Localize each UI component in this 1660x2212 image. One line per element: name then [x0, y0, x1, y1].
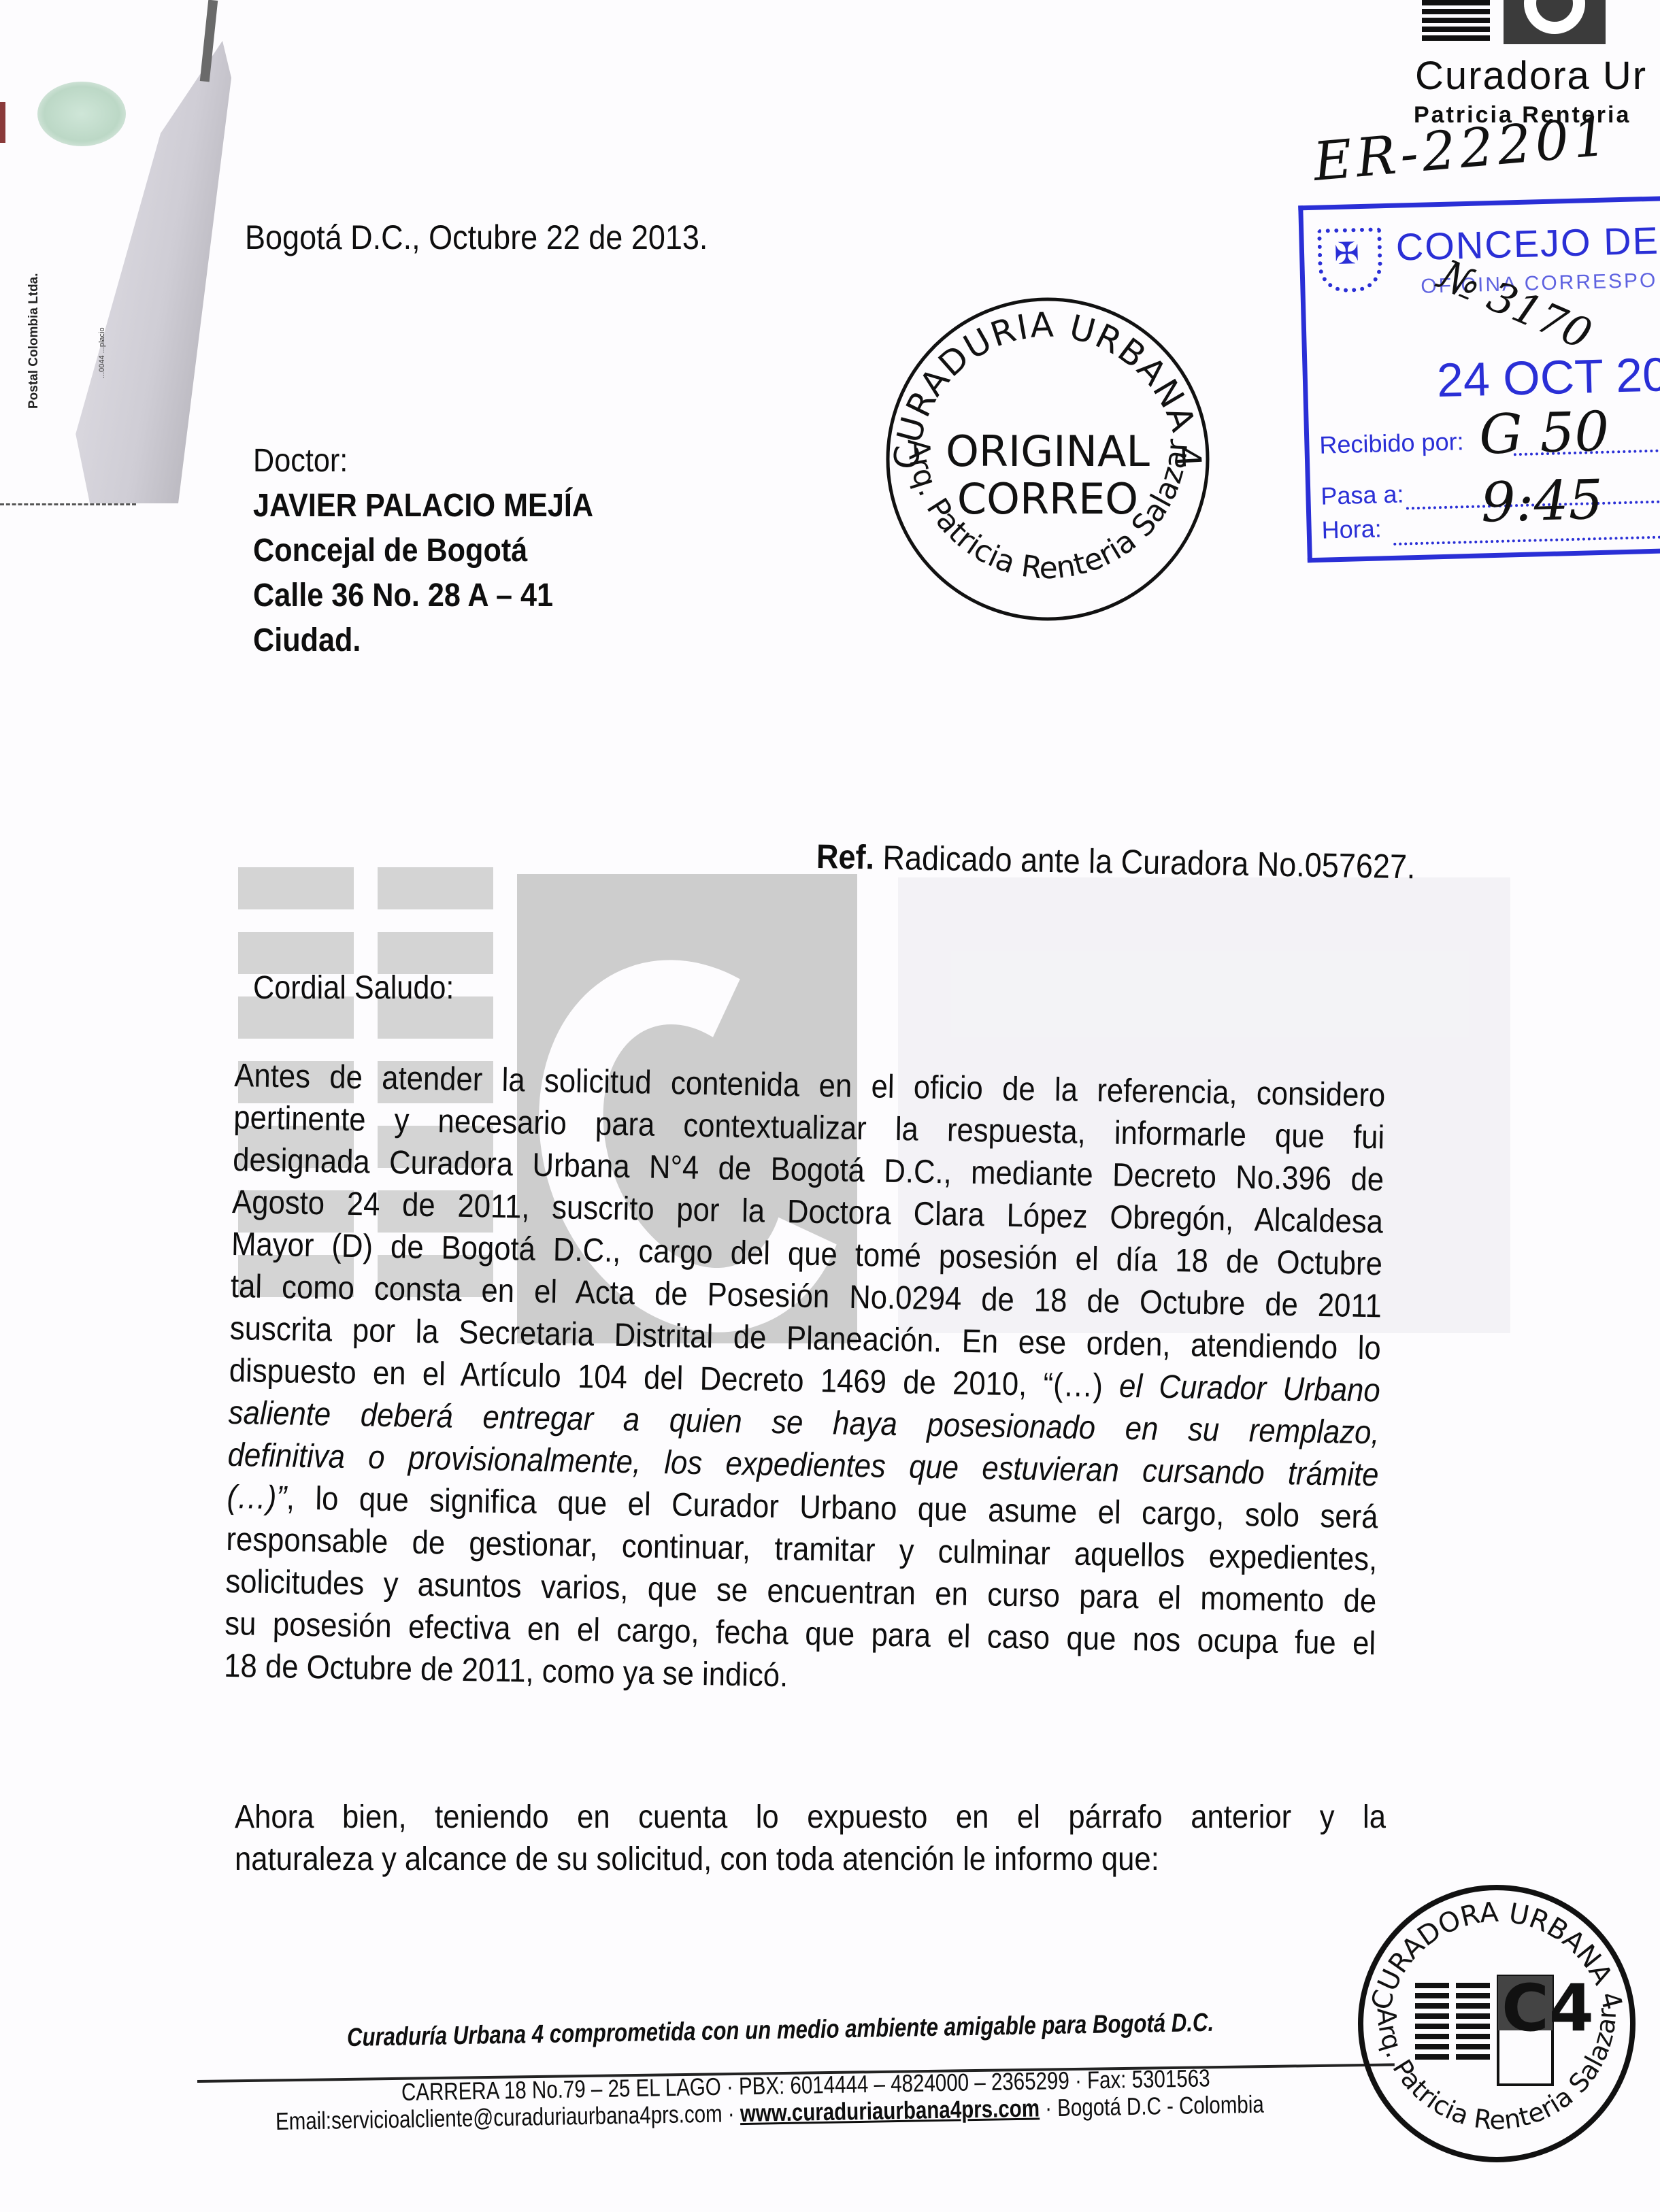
footer-location: · Bogotá D.C - Colombia	[1040, 2090, 1264, 2122]
recipient-block: Doctor: JAVIER PALACIO MEJÍA Concejal de…	[253, 439, 593, 663]
concejo-date: 24 OCT 2013	[1436, 346, 1660, 407]
letter-date: Bogotá D.C., Octubre 22 de 2013.	[245, 218, 708, 257]
handwritten-hour: 9:45	[1480, 468, 1604, 535]
recipient-name: JAVIER PALACIO MEJÍA	[253, 484, 593, 529]
postal-small-text: ...0044 ...placio	[98, 201, 106, 378]
letterhead-logo-c	[1504, 0, 1606, 44]
pasa-a-label: Pasa a:	[1321, 480, 1404, 511]
reference-label: Ref.	[816, 837, 875, 876]
recipient-salutation: Doctor:	[253, 439, 593, 484]
greeting: Cordial Saludo:	[253, 969, 454, 1007]
footer-email: Email:servicioalcliente@curaduriaurbana4…	[276, 2099, 741, 2135]
bogota-shield-icon	[1317, 227, 1382, 292]
concejo-received-stamp: CONCEJO DE BOG OFICINA CORRESPO № 3170 2…	[1298, 196, 1660, 563]
paragraph-2: Ahora bien, teniendo en cuenta lo expues…	[235, 1796, 1541, 1880]
svg-text:CORREO: CORREO	[957, 474, 1138, 524]
handwritten-received-by: G 50	[1478, 400, 1610, 467]
recipient-city: Ciudad.	[253, 618, 593, 663]
red-mark	[0, 102, 5, 143]
handwritten-radicado: ER-22201	[1311, 106, 1613, 193]
curaduria-original-stamp: CURADURIA URBANA 4 Arq. Patricia Renteri…	[871, 282, 1225, 636]
curadora-seal-stamp: CURADORA URBANA 4 Arq. Patricia Renteria…	[1347, 1874, 1646, 2173]
paragraph-1: Antes de atender la solicitud contenida …	[224, 1054, 1541, 1709]
letterhead-name: Curadora Ur	[1415, 53, 1647, 99]
letterhead-logo-bars	[1422, 0, 1490, 51]
envelope-dashed-line	[0, 503, 136, 505]
received-by-label: Recibido por:	[1319, 427, 1464, 460]
concejo-title: CONCEJO DE BOG	[1395, 216, 1660, 269]
postal-label: Postal Colombia Ltda.	[27, 178, 41, 409]
handwritten-number: № 3170	[1431, 250, 1599, 359]
svg-text:C4: C4	[1501, 1971, 1594, 2046]
footer-website-link[interactable]: www.curaduriaurbana4prs.com	[740, 2094, 1040, 2127]
footer-slogan: Curaduría Urbana 4 comprometida con un m…	[347, 2009, 1214, 2053]
postal-seal	[37, 82, 126, 146]
svg-text:ORIGINAL: ORIGINAL	[946, 426, 1150, 476]
hora-label: Hora:	[1321, 514, 1382, 544]
recipient-address: Calle 36 No. 28 A – 41	[253, 573, 593, 618]
recipient-title: Concejal de Bogotá	[253, 529, 593, 573]
